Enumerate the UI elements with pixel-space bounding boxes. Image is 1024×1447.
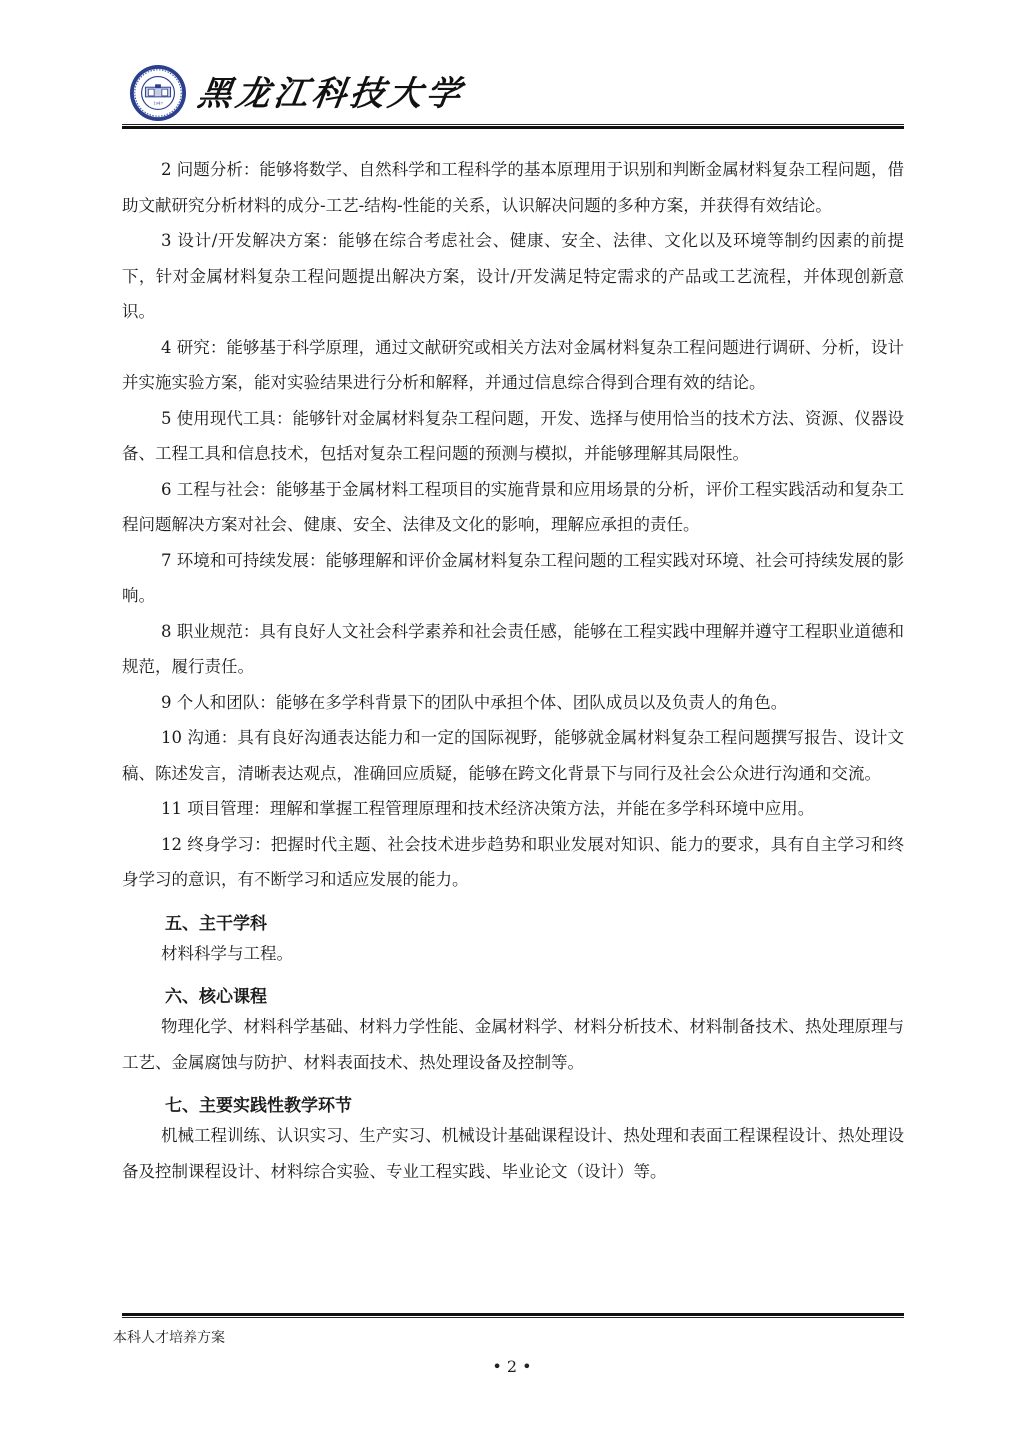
outcome-4: 4 研究：能够基于科学原理，通过文献研究或相关方法对金属材料复杂工程问题进行调研…: [122, 330, 904, 401]
outcome-5: 5 使用现代工具：能够针对金属材料复杂工程问题，开发、选择与使用恰当的技术方法、…: [122, 401, 904, 472]
outcome-10: 10 沟通：具有良好沟通表达能力和一定的国际视野，能够就金属材料复杂工程问题撰写…: [122, 720, 904, 791]
outcome-3: 3 设计/开发解决方案：能够在综合考虑社会、健康、安全、法律、文化以及环境等制约…: [122, 223, 904, 330]
outcome-2: 2 问题分析：能够将数学、自然科学和工程科学的基本原理用于识别和判断金属材料复杂…: [122, 152, 904, 223]
header-divider: [122, 124, 904, 129]
university-seal-icon: 1947: [129, 64, 187, 122]
section-body-practical-teaching: 机械工程训练、认识实习、生产实习、机械设计基础课程设计、热处理和表面工程课程设计…: [122, 1118, 904, 1189]
outcome-7: 7 环境和可持续发展：能够理解和评价金属材料复杂工程问题的工程实践对环境、社会可…: [122, 543, 904, 614]
outcome-9: 9 个人和团队：能够在多学科背景下的团队中承担个体、团队成员以及负责人的角色。: [122, 685, 904, 721]
document-body: 2 问题分析：能够将数学、自然科学和工程科学的基本原理用于识别和判断金属材料复杂…: [122, 152, 904, 1189]
outcome-12: 12 终身学习：把握时代主题、社会技术进步趋势和职业发展对知识、能力的要求，具有…: [122, 827, 904, 898]
footer-divider: [122, 1313, 904, 1318]
page-header: 1947 黑龙江科技大学: [118, 62, 904, 128]
outcome-6: 6 工程与社会：能够基于金属材料工程项目的实施背景和应用场景的分析，评价工程实践…: [122, 472, 904, 543]
section-heading-main-discipline: 五、主干学科: [122, 912, 904, 936]
outcome-8: 8 职业规范：具有良好人文社会科学素养和社会责任感，能够在工程实践中理解并遵守工…: [122, 614, 904, 685]
outcome-11: 11 项目管理：理解和掌握工程管理原理和技术经济决策方法，并能在多学科环境中应用…: [122, 791, 904, 827]
section-body-core-courses: 物理化学、材料科学基础、材料力学性能、金属材料学、材料分析技术、材料制备技术、热…: [122, 1009, 904, 1080]
section-heading-core-courses: 六、核心课程: [122, 985, 904, 1009]
svg-text:1947: 1947: [153, 101, 163, 106]
section-heading-practical-teaching: 七、主要实践性教学环节: [122, 1094, 904, 1118]
page-number: • 2 •: [0, 1357, 1024, 1376]
footer-label: 本科人才培养方案: [113, 1327, 225, 1347]
section-body-main-discipline: 材料科学与工程。: [122, 936, 904, 972]
school-name: 黑龙江科技大学: [195, 74, 467, 114]
